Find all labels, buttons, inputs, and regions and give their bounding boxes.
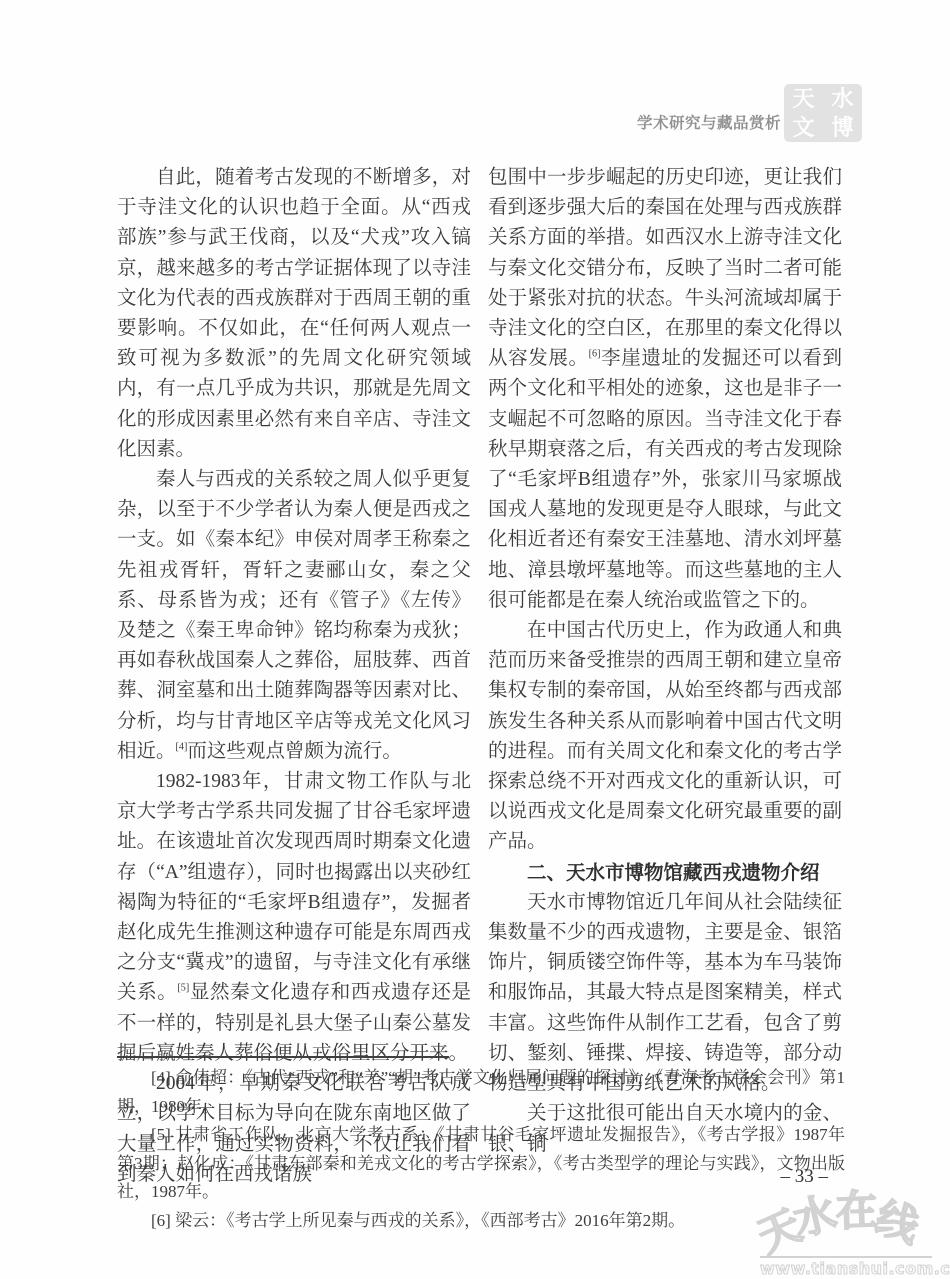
seal-char: 文 xyxy=(792,117,814,139)
footnote-item: [5] 甘肃省工作队、北京大学考古系：《甘肃甘谷毛家坪遗址发掘报告》，《考古学报… xyxy=(117,1121,845,1207)
body-paragraph: 自此，随着考古发现的不断增多，对于寺洼文化的认识也趋于全面。从“西戎部族”参与武… xyxy=(117,163,471,465)
seal-char: 水 xyxy=(831,88,853,110)
watermark-underline xyxy=(760,1256,932,1258)
article-body: 自此，随着考古发现的不断增多，对于寺洼文化的认识也趋于全面。从“西戎部族”参与武… xyxy=(117,163,842,1190)
watermark-brand-char: 线 xyxy=(871,1197,923,1249)
page-number: – 33 – xyxy=(117,1166,828,1188)
footnote-label: [5] xyxy=(151,1125,171,1144)
body-paragraph: 在中国古代历史上，作为政通人和典范而历来备受推崇的西周王朝和建立皇帝集权专制的秦… xyxy=(488,616,842,858)
footnotes-block: [4] 俞伟超：《古代“西戎”和“羌”“胡”考古学文化归属问题的探讨》，《青海考… xyxy=(117,1064,845,1236)
seal-char: 博 xyxy=(831,117,853,139)
footnote-label: [6] xyxy=(151,1211,171,1230)
footnote-reference: [4] xyxy=(176,741,188,752)
right-column: 包围中一步步崛起的历史印迹，更让我们看到逐步强大后的秦国在处理与西戎族群关系方面… xyxy=(488,163,842,1190)
footnote-reference: [6] xyxy=(589,349,601,360)
footnote-reference: [5] xyxy=(177,983,189,994)
journal-page: 学术研究与藏品赏析 天 水 文 博 自此，随着考古发现的不断增多，对于寺洼文化的… xyxy=(0,0,950,1279)
tianshui-wenbo-seal-stamp: 天 水 文 博 xyxy=(784,84,862,142)
footnote-label: [4] xyxy=(151,1068,171,1087)
body-paragraph: 包围中一步步崛起的历史印迹，更让我们看到逐步强大后的秦国在处理与西戎族群关系方面… xyxy=(488,163,842,616)
footnote-item: [4] 俞伟超：《古代“西戎”和“羌”“胡”考古学文化归属问题的探讨》，《青海考… xyxy=(117,1064,845,1121)
body-paragraph: 秦人与西戎的关系较之周人似乎更复杂，以至于不少学者认为秦人便是西戎之一支。如《秦… xyxy=(117,465,471,767)
section-header-title: 学术研究与藏品赏析 xyxy=(637,111,781,133)
footnote-separator-line xyxy=(117,1056,449,1058)
seal-char: 天 xyxy=(792,88,814,110)
watermark-url: www.tianshui.com.cn xyxy=(760,1259,950,1278)
left-column: 自此，随着考古发现的不断增多，对于寺洼文化的认识也趋于全面。从“西戎部族”参与武… xyxy=(117,163,471,1190)
footnote-item: [6] 梁云：《考古学上所见秦与西戎的关系》，《西部考古》2016年第2期。 xyxy=(117,1207,845,1236)
body-paragraph: 1982-1983年，甘肃文物工作队与北京大学考古学系共同发掘了甘谷毛家坪遗址。… xyxy=(117,767,471,1069)
section-heading: 二、天水市博物馆藏西戎遗物介绍 xyxy=(488,858,842,888)
